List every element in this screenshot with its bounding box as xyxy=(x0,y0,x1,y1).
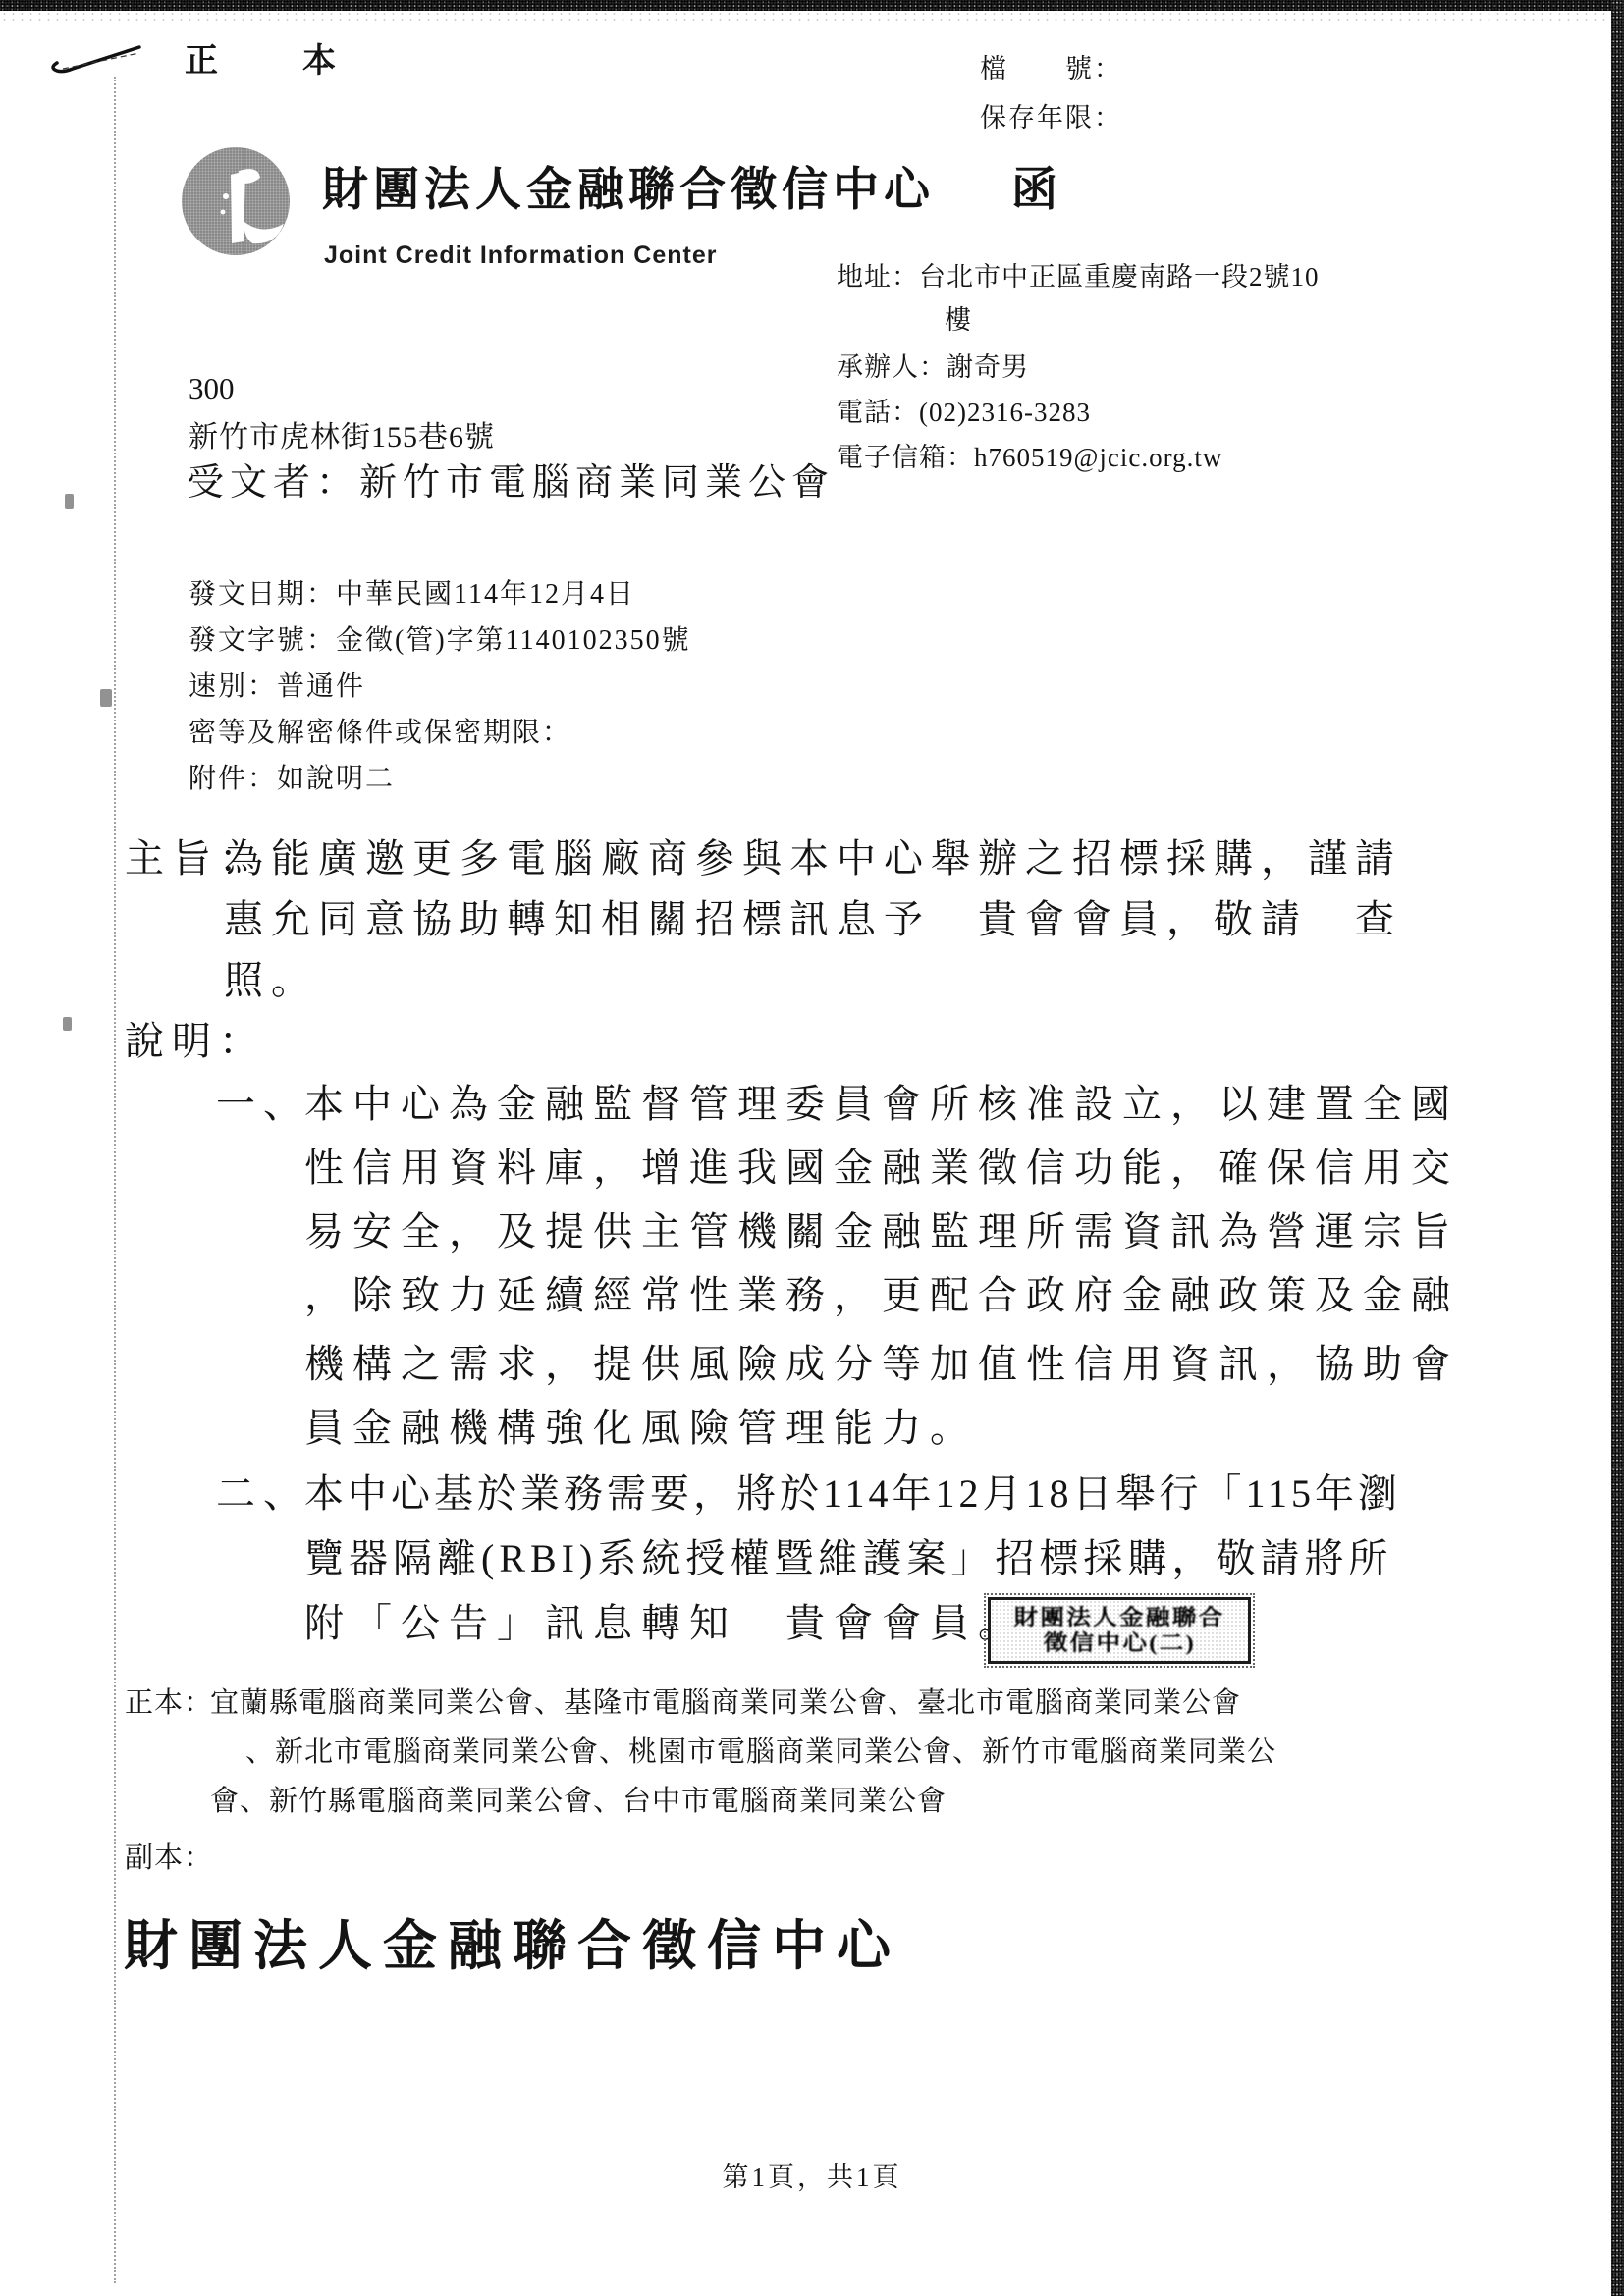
meta-confidential: 密等及解密條件或保密期限： xyxy=(189,711,571,750)
retention-period-label: 保存年限： xyxy=(980,96,1122,134)
description-item1-line: 性信用資料庫，增進我國金融業徵信功能，確保信用交 xyxy=(304,1137,1459,1193)
scan-smudge xyxy=(65,494,74,509)
description-item1-number: 一、 xyxy=(216,1073,310,1129)
description-item1-line: 本中心為金融監督管理委員會所核准設立，以建置全國 xyxy=(304,1073,1459,1129)
meta-attachment: 附件：如說明二 xyxy=(189,757,395,796)
description-item2-line: 覽器隔離(RBI)系統授權暨維護案」招標採購，敬請將所 xyxy=(304,1527,1392,1583)
contact-person: 承辦人：謝奇男 xyxy=(837,346,1029,384)
pen-mark xyxy=(37,27,145,77)
recipient-address: 新竹市虎林街155巷6號 xyxy=(189,412,495,455)
copy-type-label: 正 本 xyxy=(185,33,361,81)
contact-email: 電子信箱：h760519@jcic.org.tw xyxy=(837,436,1222,474)
description-item2-line: 附「公告」訊息轉知 貴會會員。 xyxy=(304,1592,1026,1648)
description-item1-line: 員金融機構強化風險管理能力。 xyxy=(304,1397,978,1453)
org-name: 財團法人金融聯合徵信中心 xyxy=(322,165,935,216)
jcic-logo-icon xyxy=(180,145,292,257)
signature-org-name: 財團法人金融聯合徵信中心 xyxy=(124,1902,901,1980)
cc-label: 副本： xyxy=(125,1836,213,1876)
scan-edge-top xyxy=(0,0,1624,11)
scan-edge-right xyxy=(1611,0,1624,2296)
copies-label: 正本： xyxy=(125,1681,213,1721)
meta-issue-date: 發文日期：中華民國114年12月4日 xyxy=(189,572,635,612)
scanned-letter-page: { "colors": {"paper": "#ffffff", "ink": … xyxy=(0,0,1624,2296)
description-item2-number: 二、 xyxy=(216,1463,310,1519)
subject-line: 惠允同意協助轉知相關招標訊息予 貴會會員，敬請 查 xyxy=(224,888,1402,944)
file-number-label: 檔 號： xyxy=(980,47,1122,85)
recipient-line: 受文者：新竹市電腦商業同業公會 xyxy=(187,452,835,506)
official-stamp: 財團法人金融聯合 徵信中心(二) xyxy=(988,1597,1251,1664)
description-item1-line: 易安全，及提供主管機關金融監理所需資訊為營運宗旨 xyxy=(304,1201,1459,1256)
contact-address-line1: 地址：台北市中正區重慶南路一段2號10 xyxy=(837,255,1320,294)
description-label: 說明： xyxy=(125,1010,266,1066)
description-item2-line: 本中心基於業務需要，將於114年12月18日舉行「115年瀏 xyxy=(304,1463,1401,1519)
subject-line: 照。 xyxy=(224,949,318,1005)
subject-line: 為能廣邀更多電腦廠商參與本中心舉辦之招標採購，謹請 xyxy=(224,828,1402,883)
meta-speed-class: 速別：普通件 xyxy=(189,665,365,704)
copies-line: 宜蘭縣電腦商業同業公會、基隆市電腦商業同業公會、臺北市電腦商業同業公會 xyxy=(210,1681,1241,1721)
contact-address-line2: 樓 xyxy=(945,298,972,337)
org-title: 財團法人金融聯合徵信中心函 xyxy=(322,153,1062,219)
scan-smudge xyxy=(63,1017,72,1031)
left-margin-dotted-line xyxy=(114,77,116,2283)
description-item1-line: 機構之需求，提供風險成分等加值性信用資訊，協助會 xyxy=(304,1333,1459,1389)
scan-edge-top-speckles xyxy=(0,11,1624,25)
official-stamp-text-line2: 徵信中心(二) xyxy=(1043,1630,1195,1656)
org-name-english: Joint Credit Information Center xyxy=(324,241,717,270)
description-item1-line: ，除致力延續經常性業務，更配合政府金融政策及金融 xyxy=(304,1264,1459,1320)
recipient-postal-code: 300 xyxy=(189,371,235,406)
copies-line: 、新北市電腦商業同業公會、桃園市電腦商業同業公會、新竹市電腦商業同業公 xyxy=(245,1730,1276,1770)
scan-smudge xyxy=(100,689,112,707)
doc-type-label: 函 xyxy=(1011,165,1062,216)
contact-phone: 電話：(02)2316-3283 xyxy=(837,391,1091,429)
copies-line: 會、新竹縣電腦商業同業公會、台中市電腦商業同業公會 xyxy=(210,1779,947,1819)
official-stamp-text-line1: 財團法人金融聯合 xyxy=(1013,1605,1224,1630)
page-number-footer: 第1頁，共1頁 xyxy=(0,2156,1624,2194)
meta-doc-number: 發文字號：金徵(管)字第1140102350號 xyxy=(189,618,691,658)
